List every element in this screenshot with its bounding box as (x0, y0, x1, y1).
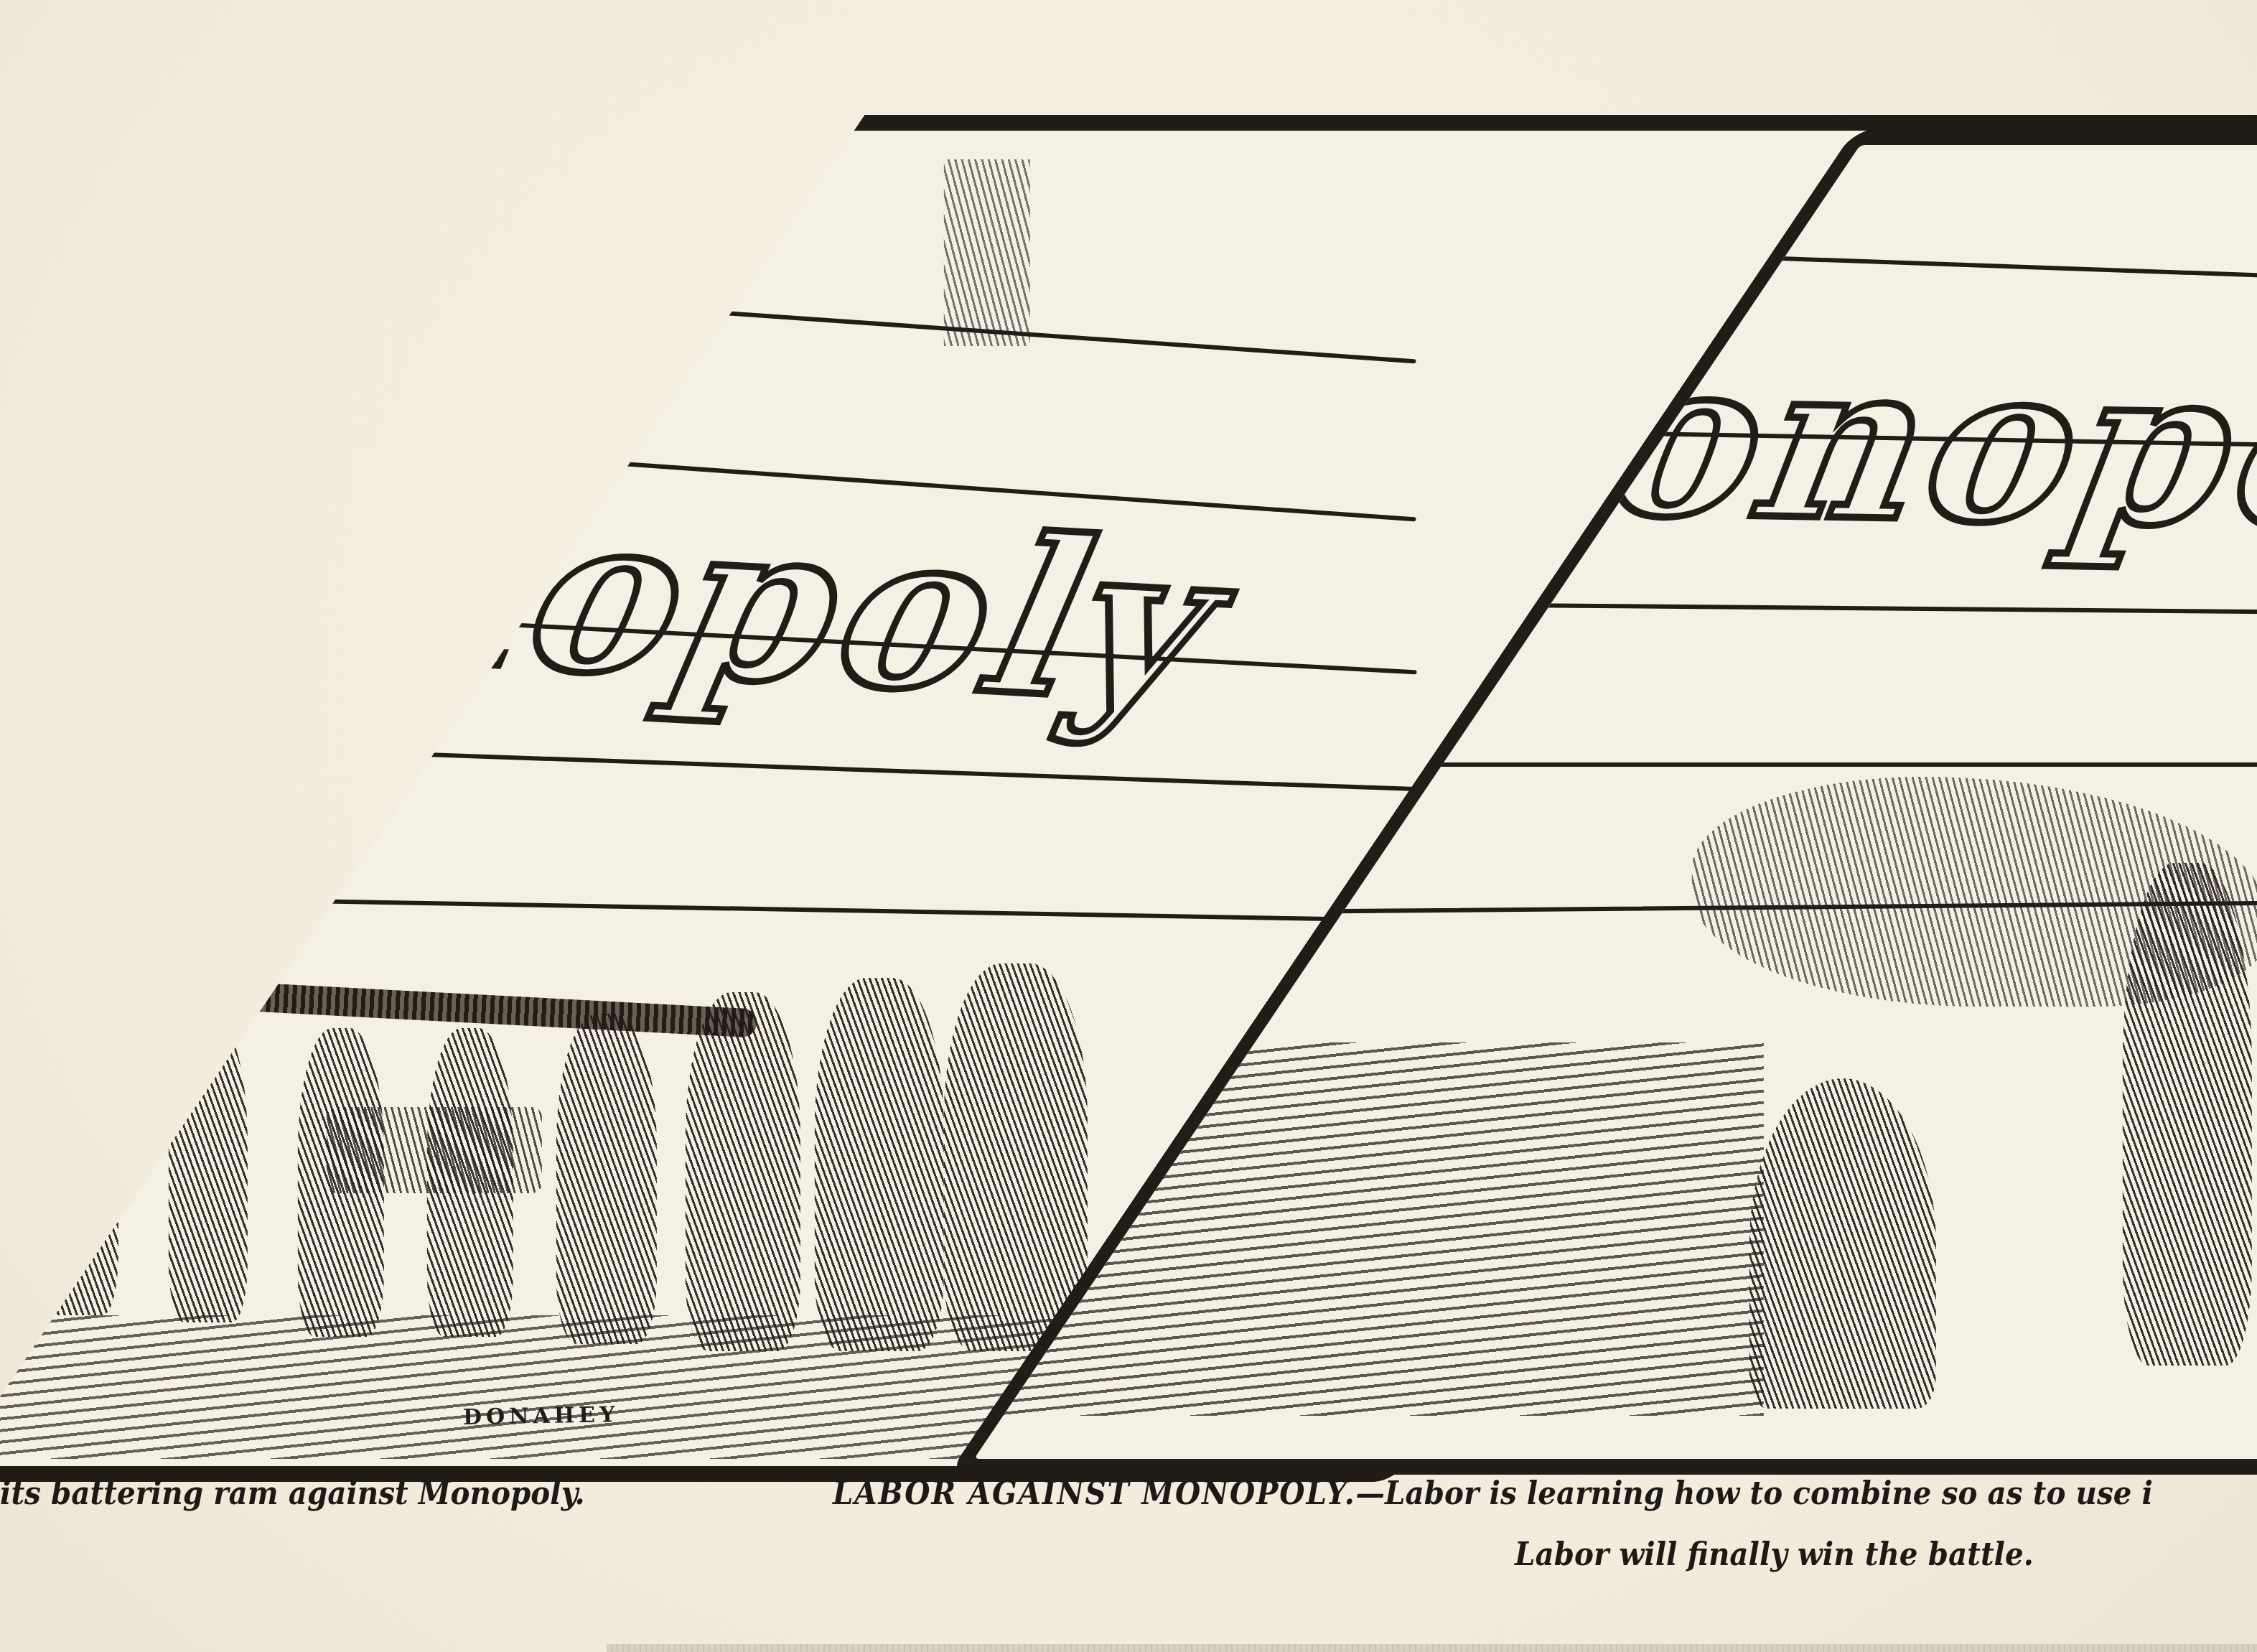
scanned-page: Monopoly Monopoly (0, 0, 2257, 1652)
sky-shading (0, 131, 327, 475)
worker-figure (815, 978, 944, 1351)
tower-shading (944, 159, 1030, 346)
worker-figure (686, 992, 800, 1351)
battering-ram (111, 975, 757, 1037)
worker-figure (39, 1014, 118, 1315)
caption-title: LABOR AGAINST MONOPOLY. (833, 1475, 1356, 1512)
caption-right-line-1: LABOR AGAINST MONOPOLY.—Labor is learnin… (833, 1475, 2153, 1512)
worker-figure (2123, 863, 2252, 1366)
placard (327, 1107, 542, 1193)
caption-right-text: —Labor is learning how to combine so as … (1356, 1475, 2153, 1512)
wall-course-line (11, 738, 1417, 791)
worker-figure (556, 1014, 657, 1344)
scan-edge-strip (607, 1644, 2257, 1652)
foreground-figure (1749, 1078, 1936, 1409)
worker-figure (944, 963, 1088, 1351)
caption-left: its battering ram against Monopoly. (0, 1475, 585, 1512)
wall-inscription-monopoly: Monopoly (0, 438, 1275, 751)
wall-top-edge (12, 261, 1416, 364)
caption-right-line-2: Labor will finally win the battle. (1515, 1536, 2034, 1573)
wall-base-line (11, 894, 1418, 923)
artist-signature: DONAHEY (463, 1402, 620, 1430)
worker-figure (169, 1021, 248, 1322)
